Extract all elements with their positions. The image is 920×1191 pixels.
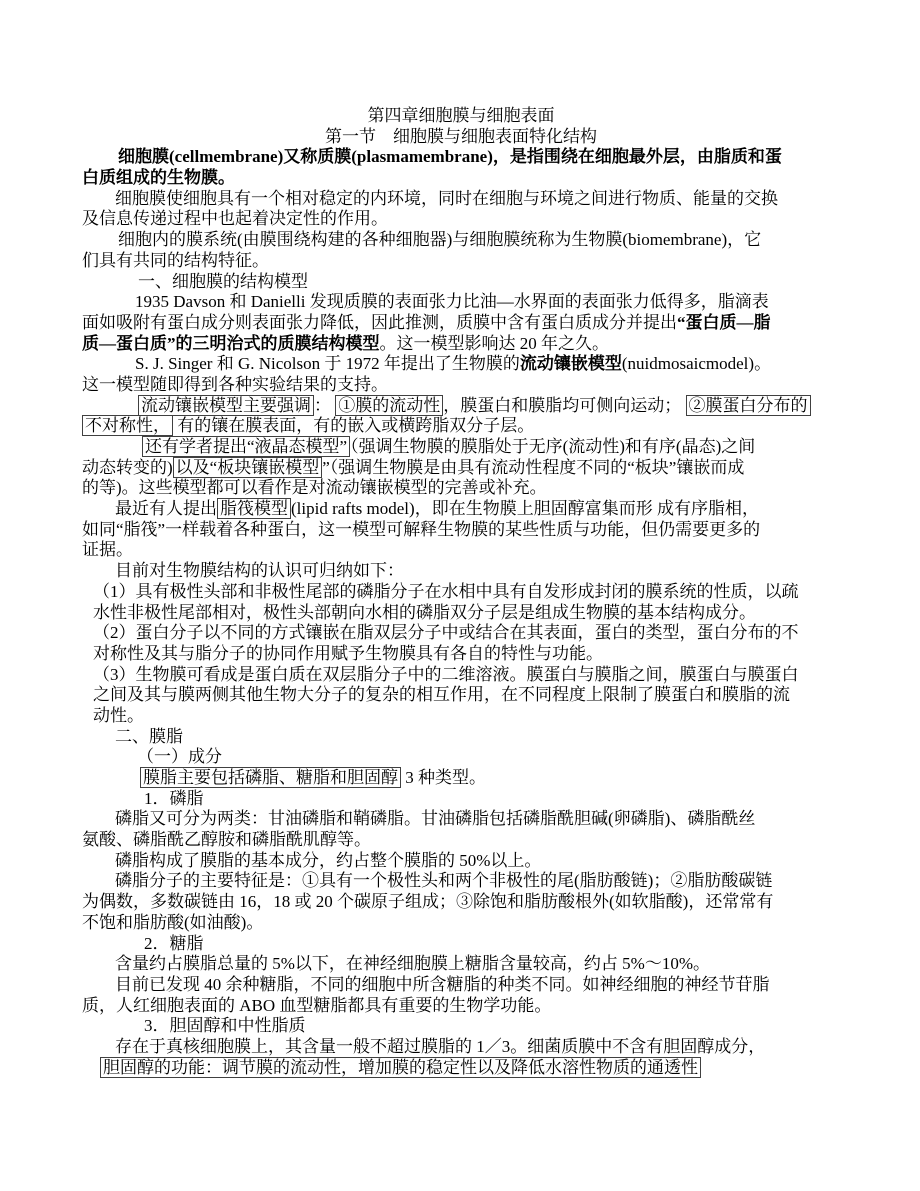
text-line: 1．磷脂 bbox=[82, 789, 840, 810]
text-line: 及信息传递过程中也起着决定性的作用。 bbox=[82, 209, 840, 230]
text-run: 第一节 细胞膜与细胞表面特化结构 bbox=[325, 127, 597, 146]
text-line: 们具有共同的结构特征。 bbox=[82, 251, 840, 272]
text-line: 细胞膜(cellmembrane)又称质膜(plasmamembrane)，是指… bbox=[82, 147, 840, 168]
text-run: 流动镶嵌模型 bbox=[520, 354, 622, 373]
page: { "colors": { "background": "#ffffff", "… bbox=[0, 0, 920, 1191]
text-run: 不饱和脂肪酸(如油酸)。 bbox=[82, 913, 263, 932]
text-run: 含量约占膜脂总量的 5%以下，在神经细胞膜上糖脂含量较高，约占 5%～10%。 bbox=[115, 954, 710, 973]
text-line: 白质组成的生物膜。 bbox=[82, 168, 840, 189]
text-run: 有的镶在膜表面，有的嵌入或横跨脂双分子层。 bbox=[173, 416, 534, 435]
text-line: S. J. Singer 和 G. Nicolson 于 1972 年提出了生物… bbox=[82, 354, 840, 375]
boxed-term: 以及“板块镶嵌模型 bbox=[173, 457, 323, 478]
text-line: 流动镶嵌模型主要强调： ①膜的流动性，膜蛋白和膜脂均可侧向运动； ②膜蛋白分布的 bbox=[82, 396, 840, 417]
text-line: （一）成分 bbox=[82, 747, 840, 768]
text-run: 水性非极性尾部相对，极性头部朝向水相的磷脂双分子层是组成生物膜的基本结构成分。 bbox=[93, 603, 756, 622]
text-run: 第四章细胞膜与细胞表面 bbox=[368, 106, 555, 125]
text-line: 为偶数，多数碳链由 16，18 或 20 个碳原子组成；③除饱和脂肪酸根外(如软… bbox=[82, 892, 840, 913]
text-run: 的等)。这些模型都可以看作是对流动镶嵌模型的完善或补充。 bbox=[82, 478, 547, 497]
text-run: 1．磷脂 bbox=[144, 789, 204, 808]
text-run: ”（强调生物膜是由具有流动性程度不同的“板块”镶嵌而成 bbox=[322, 458, 744, 477]
text-run: S. J. Singer 和 G. Nicolson 于 1972 年提出了生物… bbox=[135, 354, 520, 373]
text-line: 的等)。这些模型都可以看作是对流动镶嵌模型的完善或补充。 bbox=[82, 478, 840, 499]
text-line: 不对称性， 有的镶在膜表面，有的嵌入或横跨脂双分子层。 bbox=[82, 416, 840, 437]
text-run: （1）具有极性头部和非极性尾部的磷脂分子在水相中具有自发形成封闭的膜系统的性质，… bbox=[93, 582, 799, 601]
text-line: 面如吸附有蛋白成分则表面张力降低，因此推测，质膜中含有蛋白质成分并提出“蛋白质—… bbox=[82, 313, 840, 334]
text-run: 动性。 bbox=[93, 706, 144, 725]
text-run: 之间及其与膜两侧其他生物大分子的复杂的相互作用，在不同程度上限制了膜蛋白和膜脂的… bbox=[93, 685, 790, 704]
boxed-term: 流动镶嵌模型主要强调 bbox=[138, 395, 314, 416]
text-run: 2．糖脂 bbox=[144, 934, 204, 953]
text-line: 不饱和脂肪酸(如油酸)。 bbox=[82, 913, 840, 934]
text-line: 动态转变的)以及“板块镶嵌模型”（强调生物膜是由具有流动性程度不同的“板块”镶嵌… bbox=[82, 458, 840, 479]
text-line: 第四章细胞膜与细胞表面 bbox=[82, 106, 840, 127]
text-line: 3．胆固醇和中性脂质 bbox=[82, 1016, 840, 1037]
text-line: 还有学者提出“液晶态模型”（强调生物膜的膜脂处于无序(流动性)和有序(晶态)之间 bbox=[82, 437, 840, 458]
text-run: 3 种类型。 bbox=[401, 768, 486, 787]
text-run: 目前对生物膜结构的认识可归纳如下： bbox=[115, 561, 404, 580]
text-line: 动性。 bbox=[82, 706, 840, 727]
text-line: 含量约占膜脂总量的 5%以下，在神经细胞膜上糖脂含量较高，约占 5%～10%。 bbox=[82, 954, 840, 975]
text-run: 磷脂分子的主要特征是：①具有一个极性头和两个非极性的尾(脂肪酸链)；②脂肪酸碳链 bbox=[115, 871, 772, 890]
boxed-term: ②膜蛋白分布的 bbox=[686, 395, 811, 416]
boxed-term: 脂筏模型 bbox=[217, 498, 291, 519]
text-run: 细胞膜(cellmembrane)又称质膜(plasmamembrane)，是指… bbox=[118, 147, 782, 166]
text-line: 1935 Davson 和 Danielli 发现质膜的表面张力比油—水界面的表… bbox=[82, 292, 840, 313]
boxed-term: 胆固醇的功能：调节膜的流动性，增加膜的稳定性以及降低水溶性物质的通透性 bbox=[100, 1057, 701, 1078]
text-run: 动态转变的) bbox=[82, 458, 173, 477]
text-line: 质—蛋白质”的三明治式的质膜结构模型。这一模型影响达 20 年之久。 bbox=[82, 334, 840, 355]
text-run: 及信息传递过程中也起着决定性的作用。 bbox=[82, 209, 388, 228]
text-line: 目前对生物膜结构的认识可归纳如下： bbox=[82, 561, 840, 582]
text-run: 白质组成的生物膜。 bbox=[82, 168, 235, 187]
text-line: 细胞膜使细胞具有一个相对稳定的内环境，同时在细胞与环境之间进行物质、能量的交换 bbox=[82, 189, 840, 210]
boxed-term: 不对称性， bbox=[82, 415, 173, 436]
text-run: 最近有人提出 bbox=[115, 499, 217, 518]
text-run: 磷脂又可分为两类：甘油磷脂和鞘磷脂。甘油磷脂包括磷脂酰胆碱(卵磷脂)、磷脂酰丝 bbox=[115, 809, 755, 828]
boxed-term: 膜脂主要包括磷脂、糖脂和胆固醇 bbox=[140, 767, 401, 788]
text-run: 细胞内的膜系统(由膜围绕构建的各种细胞器)与细胞膜统称为生物膜(biomembr… bbox=[118, 230, 761, 249]
text-line: 磷脂构成了膜脂的基本成分，约占整个膜脂的 50%以上。 bbox=[82, 851, 840, 872]
text-run: 二、膜脂 bbox=[115, 727, 183, 746]
text-run: 如同“脂筏”一样载着各种蛋白，这一模型可解释生物膜的某些性质与功能，但仍需要更多… bbox=[82, 520, 760, 539]
text-run: 细胞膜使细胞具有一个相对稳定的内环境，同时在细胞与环境之间进行物质、能量的交换 bbox=[115, 189, 778, 208]
text-line: 之间及其与膜两侧其他生物大分子的复杂的相互作用，在不同程度上限制了膜蛋白和膜脂的… bbox=[82, 685, 840, 706]
text-run: (lipid rafts model)，即在生物膜上胆固醇富集而形 成有序脂相， bbox=[291, 499, 759, 518]
text-line: 胆固醇的功能：调节膜的流动性，增加膜的稳定性以及降低水溶性物质的通透性 bbox=[82, 1058, 840, 1079]
text-run: 对称性及其与脂分子的协同作用赋予生物膜具有各自的特性与功能。 bbox=[93, 644, 603, 663]
text-line: 目前已发现 40 余种糖脂，不同的细胞中所含糖脂的种类不同。如神经细胞的神经节苷… bbox=[82, 975, 840, 996]
text-run: （2）蛋白分子以不同的方式镶嵌在脂双层分子中或结合在其表面，蛋白的类型，蛋白分布… bbox=[93, 623, 799, 642]
text-line: 这一模型随即得到各种实验结果的支持。 bbox=[82, 375, 840, 396]
text-run: 质—蛋白质”的三明治式的质膜结构模型 bbox=[82, 334, 380, 353]
text-line: （1）具有极性头部和非极性尾部的磷脂分子在水相中具有自发形成封闭的膜系统的性质，… bbox=[82, 582, 840, 603]
text-line: 对称性及其与脂分子的协同作用赋予生物膜具有各自的特性与功能。 bbox=[82, 644, 840, 665]
text-line: 氨酸、磷脂酰乙醇胺和磷脂酰肌醇等。 bbox=[82, 830, 840, 851]
document-body: 第四章细胞膜与细胞表面第一节 细胞膜与细胞表面特化结构细胞膜(cellmembr… bbox=[82, 106, 840, 1078]
text-run: 。这一模型影响达 20 年之久。 bbox=[380, 334, 610, 353]
text-run: 们具有共同的结构特征。 bbox=[82, 251, 269, 270]
boxed-term: 还有学者提出“液晶态模型” bbox=[142, 436, 350, 457]
text-line: 证据。 bbox=[82, 540, 840, 561]
text-run: 质，人红细胞表面的 ABO 血型糖脂都具有重要的生物学功能。 bbox=[82, 996, 551, 1015]
text-run: 证据。 bbox=[82, 540, 133, 559]
text-run: 目前已发现 40 余种糖脂，不同的细胞中所含糖脂的种类不同。如神经细胞的神经节苷… bbox=[115, 975, 770, 994]
text-run: 磷脂构成了膜脂的基本成分，约占整个膜脂的 50%以上。 bbox=[115, 851, 541, 870]
text-line: 磷脂又可分为两类：甘油磷脂和鞘磷脂。甘油磷脂包括磷脂酰胆碱(卵磷脂)、磷脂酰丝 bbox=[82, 809, 840, 830]
text-run: 1935 Davson 和 Danielli 发现质膜的表面张力比油—水界面的表… bbox=[135, 292, 769, 311]
text-run: ： bbox=[314, 396, 335, 415]
text-run: 一、细胞膜的结构模型 bbox=[138, 272, 308, 291]
text-line: （3）生物膜可看成是蛋白质在双层脂分子中的二维溶液。膜蛋白与膜脂之间，膜蛋白与膜… bbox=[82, 665, 840, 686]
text-line: 二、膜脂 bbox=[82, 727, 840, 748]
text-line: 第一节 细胞膜与细胞表面特化结构 bbox=[82, 127, 840, 148]
text-line: 2．糖脂 bbox=[82, 934, 840, 955]
text-run: （一）成分 bbox=[137, 747, 222, 766]
text-line: 一、细胞膜的结构模型 bbox=[82, 272, 840, 293]
text-line: 膜脂主要包括磷脂、糖脂和胆固醇 3 种类型。 bbox=[82, 768, 840, 789]
text-run: 氨酸、磷脂酰乙醇胺和磷脂酰肌醇等。 bbox=[82, 830, 371, 849]
text-run: 存在于真核细胞膜上，其含量一般不超过膜脂的 1／3。细菌质膜中不含有胆固醇成分， bbox=[115, 1037, 765, 1056]
text-run: 为偶数，多数碳链由 16，18 或 20 个碳原子组成；③除饱和脂肪酸根外(如软… bbox=[82, 892, 773, 911]
text-line: 如同“脂筏”一样载着各种蛋白，这一模型可解释生物膜的某些性质与功能，但仍需要更多… bbox=[82, 520, 840, 541]
text-run: ，膜蛋白和膜脂均可侧向运动； bbox=[443, 396, 685, 415]
text-line: 存在于真核细胞膜上，其含量一般不超过膜脂的 1／3。细菌质膜中不含有胆固醇成分， bbox=[82, 1037, 840, 1058]
text-run: 面如吸附有蛋白成分则表面张力降低，因此推测，质膜中含有蛋白质成分并提出 bbox=[82, 313, 677, 332]
text-line: 最近有人提出脂筏模型(lipid rafts model)，即在生物膜上胆固醇富… bbox=[82, 499, 840, 520]
text-line: 细胞内的膜系统(由膜围绕构建的各种细胞器)与细胞膜统称为生物膜(biomembr… bbox=[82, 230, 840, 251]
text-run: 这一模型随即得到各种实验结果的支持。 bbox=[82, 375, 388, 394]
text-line: （2）蛋白分子以不同的方式镶嵌在脂双层分子中或结合在其表面，蛋白的类型，蛋白分布… bbox=[82, 623, 840, 644]
text-run: 3．胆固醇和中性脂质 bbox=[144, 1016, 306, 1035]
boxed-term: ①膜的流动性 bbox=[335, 395, 443, 416]
text-line: 水性非极性尾部相对，极性头部朝向水相的磷脂双分子层是组成生物膜的基本结构成分。 bbox=[82, 603, 840, 624]
text-run: “蛋白质—脂 bbox=[677, 313, 771, 332]
text-run: （强调生物膜的膜脂处于无序(流动性)和有序(晶态)之间 bbox=[350, 437, 755, 456]
text-run: (nuidmosaicmodel)。 bbox=[622, 354, 771, 373]
text-line: 磷脂分子的主要特征是：①具有一个极性头和两个非极性的尾(脂肪酸链)；②脂肪酸碳链 bbox=[82, 871, 840, 892]
text-line: 质，人红细胞表面的 ABO 血型糖脂都具有重要的生物学功能。 bbox=[82, 996, 840, 1017]
text-run: （3）生物膜可看成是蛋白质在双层脂分子中的二维溶液。膜蛋白与膜脂之间，膜蛋白与膜… bbox=[93, 665, 799, 684]
